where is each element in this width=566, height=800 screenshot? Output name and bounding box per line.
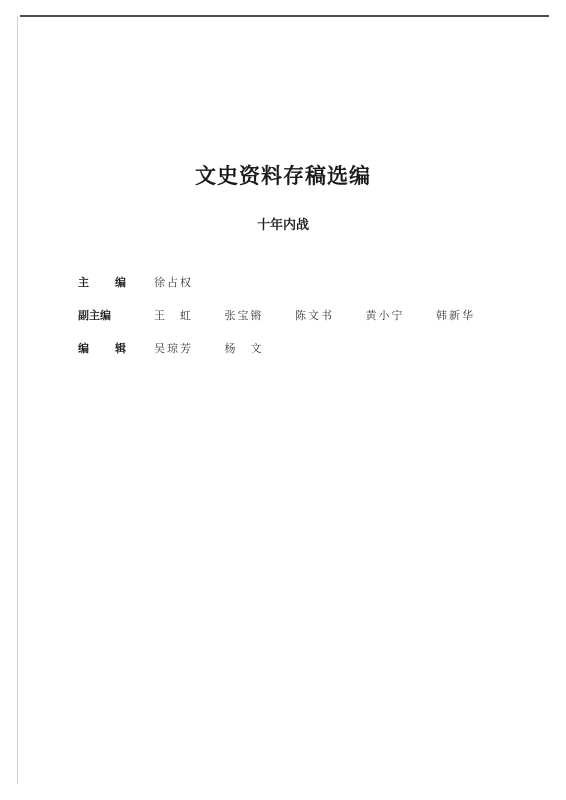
book-subtitle: 十年内战 — [0, 214, 566, 233]
role-char: 主 — [78, 274, 89, 290]
top-border-rule — [20, 15, 549, 17]
names-chief-editor: 徐占权 — [154, 274, 221, 290]
role-char: 编 — [78, 340, 89, 356]
person-name: 韩新华 — [436, 307, 475, 323]
names-deputy-editors: 王 虹 张宝锵 陈文书 黄小宁 韩新华 — [154, 307, 503, 323]
role-char: 副主编 — [78, 307, 111, 323]
role-char: 编 — [115, 274, 126, 290]
person-name: 黄小宁 — [366, 307, 405, 323]
document-page: 文史资料存稿选编 十年内战 主 编 徐占权 副主编 王 虹 张宝锵 陈文书 黄小… — [0, 0, 566, 800]
names-editors: 吴琼芳 杨 文 — [154, 340, 292, 356]
person-name: 陈文书 — [295, 307, 334, 323]
role-char: 辑 — [115, 340, 126, 356]
role-label-editor: 编 辑 — [78, 340, 126, 356]
person-name: 吴琼芳 — [154, 340, 193, 356]
book-title: 文史资料存稿选编 — [0, 160, 566, 190]
person-name: 杨 文 — [225, 340, 264, 356]
left-border-rule — [17, 16, 18, 784]
person-name: 徐占权 — [154, 274, 193, 290]
role-label-deputy-editor: 副主编 — [78, 307, 126, 323]
person-name: 张宝锵 — [225, 307, 264, 323]
role-label-chief-editor: 主 编 — [78, 274, 126, 290]
person-name: 王 虹 — [154, 307, 193, 323]
